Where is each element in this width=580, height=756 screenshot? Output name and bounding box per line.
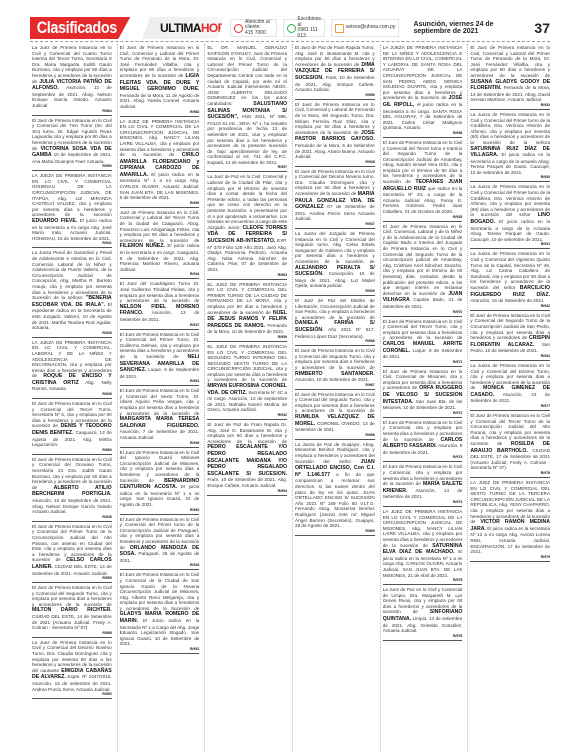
phone-icon (234, 24, 243, 33)
notice-footer: CIUDAD DEL ESTE, 14 de Setiembre de 2021… (32, 614, 112, 630)
notice-footer: Asunción, 16 de Setiembre de 2021. (470, 298, 544, 303)
notice-code: R/964 (32, 109, 112, 113)
legal-notice: LA JUEZ DE PRIMERA INSTANCIA EN LO CIVIL… (383, 508, 463, 585)
notice-code: R/978 (470, 471, 550, 475)
legal-notice: La Jueza del Juzgado de Primera Instanci… (295, 230, 375, 296)
notice-code: R/966 (295, 339, 375, 343)
legal-notice: El Juez de Primera Instancia en lo Civil… (383, 368, 463, 418)
notice-code: R/947 (120, 323, 200, 327)
notice-code: R/957 (207, 165, 287, 169)
notice-name: ALBERTO ATILIO BERCHERINI PORTIGLIA. (32, 485, 112, 498)
notice-code: R/969 (295, 529, 375, 533)
notice-text: El Juez de Primera Instancia en lo Civil… (383, 140, 463, 184)
notice-code: R/952 (120, 508, 200, 512)
notice-text: EL DR. MANUEL GERALDO SAIFILDIN STANLEY,… (207, 45, 287, 106)
legal-notice: El Juez de Primera Instancia en lo Civil… (383, 419, 463, 463)
notice-code: R/940 (120, 201, 200, 205)
legal-notice: La Jueza de Primera Instancia en lo Civi… (470, 183, 550, 249)
notice-code: R/959 (207, 335, 287, 339)
notice-code: R/946 (32, 515, 112, 519)
legal-notice: El Juez de Primera Instancia en lo Civil… (295, 168, 375, 229)
issue-date: Asunción, viernes 24 de septiembre de 20… (413, 21, 520, 35)
notice-code: R/954 (207, 489, 287, 493)
legal-notice: El Juez de Primera Instancia en lo Civil… (120, 516, 200, 571)
notice-text: La Juez de Paz en lo Civil, Comercial y … (207, 174, 287, 229)
column-4: El Juez de Paz de Fram Rapida Turno, Abg… (292, 44, 377, 752)
legal-notice: La Juez de Primera Instancia en lo Civil… (32, 44, 112, 116)
legal-notice: Juez de Primera Instancia en lo Civil, C… (120, 209, 200, 280)
legal-notice: La Jueza de Primera Instancia en lo Civi… (470, 362, 550, 411)
notice-code: R/945 (32, 331, 112, 335)
notice-code: R/960 (32, 448, 112, 452)
notice-name: MARGARITA MARIA TERESA SALDIVAR FIGUERED… (120, 416, 200, 429)
legal-notice: El Juez de Primera Instancia en lo Civil… (383, 139, 463, 222)
column-3: EL DR. MANUEL GERALDO SAIFILDIN STANLEY,… (204, 44, 289, 752)
brand-logo-a: ULTIMA (160, 21, 201, 35)
notice-text: LA JUEZA DE PRIMERA INSTANCIA DE LA NIÑE… (383, 45, 463, 100)
contact-value: 0981 111 013 (298, 27, 318, 39)
legal-notice: La Jueza de Primera Instancia en lo Civi… (470, 250, 550, 310)
legal-notice: LA JUEZA DE PRIMERA INSTANCIA EN LO CIVI… (32, 339, 112, 399)
legal-notice: La Juez de Paz en lo Civil y Comercial d… (383, 586, 463, 641)
notice-text: La Jueza Penal de Garantías y Penal de A… (32, 250, 112, 300)
legal-notice: La Jueza de Paz de Guajayvi, Abog. Monse… (295, 441, 375, 536)
notice-text: El Juez del Cuadrágimo Turno Dr. José Gu… (120, 281, 200, 303)
notice-name: PEDRO ESCALANTE Y/O PEDRO REGALADO ESCAL… (207, 444, 287, 476)
notice-code: R/956 (295, 93, 375, 97)
notice-code: R/974 (383, 500, 463, 504)
notice-footer: Asunción, 10 de Setiembre de 2021. (295, 377, 369, 382)
legal-notice: El Juez de Primera Instancia en lo Civil… (470, 412, 550, 478)
legal-notice: El Juez de Primera Instancia en lo Civil… (32, 117, 112, 172)
legal-notice: EL JUEZ DE PRIMERA INSTANCIA EN LO CIVIL… (207, 281, 287, 342)
legal-notice: El Juez de Primera Instancia en lo Civil… (32, 584, 112, 638)
legal-notice: LA JUEZA DE PRIMERA INSTANCIA EN LO CIVI… (32, 172, 112, 248)
notice-code: R/951 (120, 647, 200, 651)
section-title: Clasificados (30, 17, 130, 39)
notice-text: La Jueza del Juzgado de Primera Instanci… (295, 231, 375, 264)
notice-footer: Fernando de la Mora, 11 de Agosto de 202… (120, 93, 200, 109)
legal-notice: El Juez de Primera Instancia en lo Civil… (32, 456, 112, 522)
notice-footer: a fin de que comparezcan a reclamar sus … (295, 472, 375, 528)
notice-code: R/962 (120, 110, 200, 114)
notice-code: R/979 (470, 555, 550, 559)
notice-code: R/975 (383, 578, 463, 582)
notice-code: R/933 (470, 103, 550, 107)
legal-notice: El Juez de Primera Instancia en lo Civil… (383, 318, 463, 367)
notice-code: R/968 (295, 433, 375, 437)
notice-code: R/932 (470, 304, 550, 308)
notice-text: LA JUEZA DE PRIMERA INSTANCIA EN LO CIVI… (32, 173, 112, 217)
legal-notice: El Juez de Primera Instancia en lo Civil… (120, 571, 200, 654)
header-divider (30, 41, 550, 42)
notice-code: R/931 (470, 242, 550, 246)
legal-notice: La Juez de Paz en lo Civil, Comercial y … (207, 173, 287, 279)
notice-code: R/941 (32, 241, 112, 245)
legal-notice: El Juez de Primera Instancia en lo Civil… (120, 449, 200, 515)
notice-text: El Juez de Paz de Fram Rapida Dr. Abg. J… (207, 422, 287, 444)
legal-notice: El Juez de Primera Instancia en lo Civil… (32, 400, 112, 455)
notice-text: El Juez de Paz del Distrito de Libertaci… (295, 298, 375, 320)
notice-footer: Asunción, 10 de Septiembre de 2021. Abog… (32, 498, 112, 514)
notice-text: La Jueza de Primera Instancia en lo Civi… (470, 112, 550, 145)
notice-code: R/936 (383, 131, 463, 135)
notice-text: El Juez de Primera Instancia en lo Civil… (383, 319, 463, 341)
notice-text: El Juez de Primera Instancia en lo Civil… (120, 572, 200, 611)
notice-text: EL JUEZ DE PRIMERA INSTANCIA EN LO CIVIL… (207, 344, 287, 383)
notice-name: EDUARDO FIEVE. (32, 218, 77, 224)
notice-text: El Juez de Primera Instancia en lo Civil… (470, 45, 550, 78)
notice-text: El Juez de Primera Instancia en lo Civil… (32, 585, 112, 607)
legal-notice: La Juez de Primera Instancia en lo Civil… (32, 639, 112, 699)
legal-notice: LA JUEZ DE PRIMERA INSTANCIA EN LO CIVIL… (120, 118, 200, 208)
notice-text: El Juez de Primera Instancia en lo Civil… (120, 388, 200, 415)
notice-text: El Juez de Primera Instancia en lo Civil… (295, 348, 375, 370)
legal-notice: LA JUEZ DE PRIMERA INSTANCIA EN LO CIVIL… (470, 479, 550, 562)
notice-code: R/963 (207, 273, 287, 277)
legal-notice: El Juez del Cuadrágimo Turno Dr. José Gu… (120, 280, 200, 329)
legal-notice: El Juez de Primera Instancia en lo Civil… (383, 463, 463, 507)
legal-notice: El Juez de Primera Instancia en lo Civil… (470, 312, 550, 361)
legal-notice: El Juez de Primera Instancia en lo Civil… (32, 523, 112, 583)
mail-icon (335, 24, 344, 33)
notice-code: R/958 (32, 631, 112, 635)
notice-footer: Asunción, 7 de Setiembre de 2021. Actuar… (120, 429, 200, 440)
notice-code: R/934 (470, 354, 550, 358)
legal-notice: El Juez de Primera Instancia en lo Civil… (120, 331, 200, 387)
column-6: El Juez de Primera Instancia en lo Civil… (467, 44, 552, 752)
notice-code: R/942 (207, 413, 287, 417)
notice-footer: Fernando de la Mora, 6 de Setiembre de 2… (295, 143, 375, 159)
notice-code: R/950 (32, 164, 112, 168)
notice-text: El Juez de Primera Instancia en lo Civil… (295, 392, 375, 414)
notice-name: MILTON DARIO RICHTER. (32, 607, 112, 613)
brand-logo: ULTIMAHORA (142, 17, 224, 39)
notice-code: R/976 (383, 634, 463, 638)
legal-notice: El Juez de Paz del Distrito de Libertaci… (295, 297, 375, 346)
page-header: Clasificados ULTIMAHORA Atención al clie… (30, 17, 550, 39)
notice-code: R/955 (32, 576, 112, 580)
legal-notice: El Juez de Paz de Fram Rapida Turno, Abg… (295, 44, 375, 100)
notice-code: R/938 (295, 160, 375, 164)
notice-code: R/939 (295, 289, 375, 293)
legal-notice: El Juez de Primera Instancia en lo Civil… (120, 387, 200, 447)
notice-code: R/977 (470, 404, 550, 408)
notice-code: R/970 (383, 310, 463, 314)
legal-notice: LA JUEZA DE PRIMERA INSTANCIA DE LA NIÑE… (383, 44, 463, 138)
column-5: LA JUEZA DE PRIMERA INSTANCIA DE LA NIÑE… (380, 44, 465, 752)
contact-label: avisos@uhora.com.py (346, 25, 396, 31)
column-1: La Juez de Primera Instancia en lo Civil… (30, 44, 114, 752)
column-2: El Juez de Primera Instancia en lo Civil… (117, 44, 202, 752)
notice-code: R/943 (120, 563, 200, 567)
notice-text: LA JUEZ DE PRIMERA INSTANCIA EN LO CIVIL… (470, 480, 550, 524)
contact-value: 415 7000 (245, 30, 266, 36)
notice-code: R/949 (120, 441, 200, 445)
brand-logo-b: HORA (201, 21, 234, 35)
notice-footer: Fram, 10 de Setiembre de 2021. Abg. Enri… (207, 477, 287, 488)
legal-notice: El Juez de Paz de Fram Rapida Dr. Abg. J… (207, 421, 287, 496)
notice-code: R/971 (383, 360, 463, 364)
legal-notice: EL JUEZ DE PRIMERA INSTANCIA EN LO CIVIL… (207, 343, 287, 420)
legal-notice: El Juez de Primera Instancia en lo Civil… (295, 101, 375, 167)
legal-notice: El Juez de Primera Instancia en lo Civil… (295, 347, 375, 390)
contact-email[interactable]: avisos@uhora.com.py (331, 19, 400, 37)
notice-name: RIMBERTO SANTANDER. (295, 371, 375, 377)
contact-whatsapp[interactable]: Escríbinos al0981 111 013 (283, 19, 325, 37)
classifieds-columns: La Juez de Primera Instancia en lo Civil… (30, 44, 552, 752)
notice-code: R/967 (295, 383, 375, 387)
notice-text: Juez de Primera Instancia en lo Civil, C… (120, 210, 200, 243)
contact-label: Atención al cliente: (245, 19, 270, 31)
notice-code: R/935 (383, 215, 463, 219)
notice-code: R/930 (470, 175, 550, 179)
legal-notice: El Juez de Primera Instancia en lo Civil… (383, 223, 463, 317)
whatsapp-icon (287, 24, 296, 33)
legal-notice: La Jueza Penal de Garantías y Penal de A… (32, 249, 112, 337)
contact-label: Escríbinos al (298, 16, 321, 28)
notice-name: FILEMON NUÑEZ. (120, 243, 165, 249)
notice-code: R/972 (383, 411, 463, 415)
notice-code: R/948 (32, 392, 112, 396)
notice-code: R/937 (295, 222, 375, 226)
notice-code: R/953 (32, 692, 112, 696)
page-number: 37 (534, 20, 550, 36)
notice-footer: AÑO 2021, Nº 596, FOLIO 61 etc., SRIA. N… (207, 114, 287, 165)
legal-notice: EL DR. MANUEL GERALDO SAIFILDIN STANLEY,… (207, 44, 287, 172)
legal-notice: El Juez de Primera Instancia en lo Civil… (295, 391, 375, 440)
notice-code: R/973 (383, 455, 463, 459)
notice-code: R/944 (120, 272, 200, 276)
notice-text: El Juez de Primera Instancia en lo Civil… (383, 224, 463, 296)
notice-code: R/961 (120, 379, 200, 383)
legal-notice: El Juez de Primera Instancia en lo Civil… (470, 44, 550, 110)
legal-notice: La Jueza de Primera Instancia en lo Civi… (470, 111, 550, 183)
contact-phone[interactable]: Atención al cliente:415 7000 (230, 19, 277, 37)
legal-notice: El Juez de Primera Instancia en lo Civil… (120, 44, 200, 117)
